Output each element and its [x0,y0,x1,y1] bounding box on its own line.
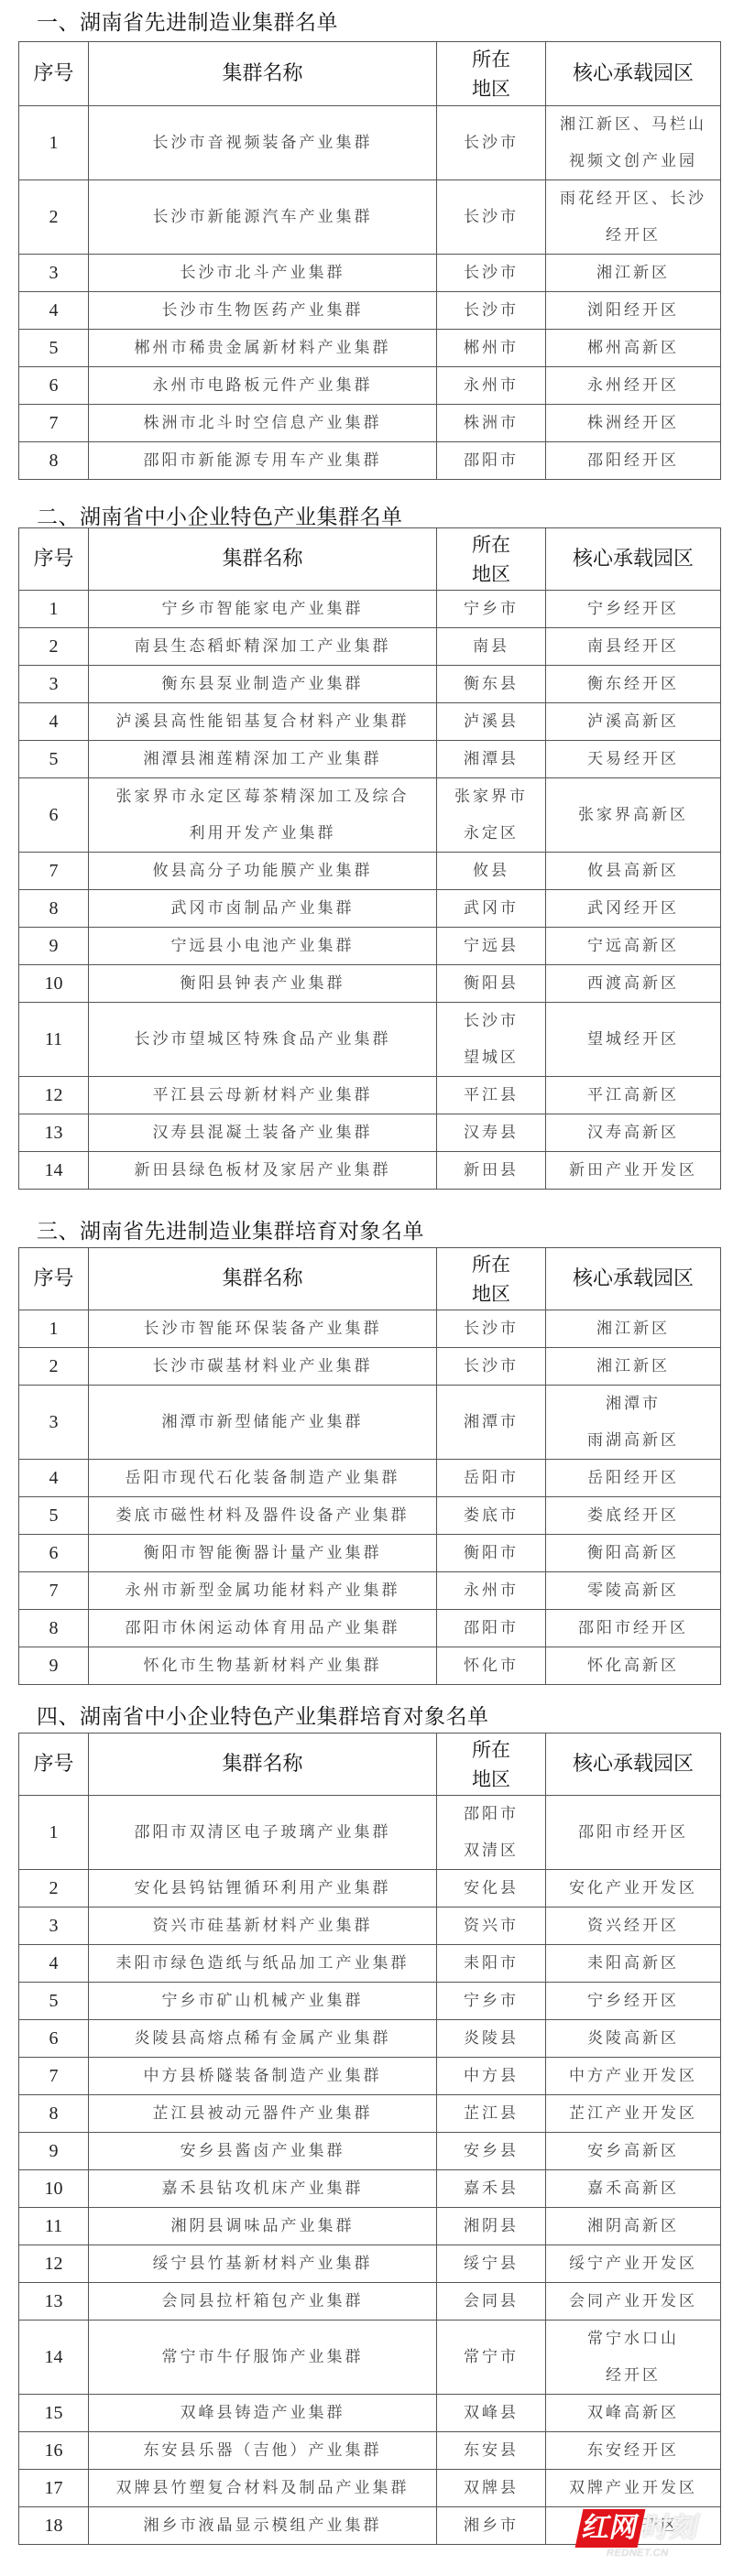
table-row: 7中方县桥隧装备制造产业集群中方县中方产业开发区 [19,2058,721,2095]
cell-num: 16 [19,2432,89,2470]
cell-park: 会同产业开发区 [546,2283,721,2321]
cell-cluster-name-line: 炎陵县高熔点稀有金属产业集群 [135,2029,391,2048]
cell-cluster-name-line: 汉寿县混凝土装备产业集群 [153,1124,373,1142]
table-row: 14常宁市牛仔服饰产业集群常宁市常宁水口山经开区 [19,2321,721,2395]
cell-region: 绥宁县 [437,2245,546,2283]
header-park: 核心承载园区 [546,1734,721,1796]
header-name-label: 集群名称 [222,62,302,85]
cell-region-line: 安乡县 [464,2142,519,2160]
cell-cluster-name: 汉寿县混凝土装备产业集群 [89,1114,437,1152]
cell-region: 湘潭县 [437,741,546,778]
cell-region-line: 常宁市 [464,2348,519,2366]
cell-cluster-name-line: 双牌县竹塑复合材料及制品产业集群 [116,2479,410,2497]
header-region: 所在地区 [437,528,546,591]
cell-park: 邵阳市经开区 [546,1796,721,1870]
cell-park-line: 宁乡经开区 [587,1992,679,2010]
cell-cluster-name: 嘉禾县钻攻机床产业集群 [89,2170,437,2208]
cell-park-line: 零陵高新区 [587,1581,679,1600]
cell-park: 岳阳经开区 [546,1460,721,1497]
cell-park: 浏阳经开区 [546,292,721,330]
cell-park: 双牌产业开发区 [546,2470,721,2507]
header-name: 集群名称 [89,1248,437,1310]
table-row: 4长沙市生物医药产业集群长沙市浏阳经开区 [19,292,721,330]
cell-region: 嘉禾县 [437,2170,546,2208]
cell-num: 5 [19,1983,89,2020]
cell-cluster-name-line: 郴州市稀贵金属新材料产业集群 [135,339,391,357]
cell-park: 郴州高新区 [546,330,721,367]
cell-cluster-name: 耒阳市绿色造纸与纸品加工产业集群 [89,1945,437,1983]
cell-cluster-name-line: 安化县钨钴锂循环利用产业集群 [135,1879,391,1897]
cell-region: 怀化市 [437,1647,546,1685]
cell-region-line: 双牌县 [464,2479,519,2497]
cell-cluster-name-line: 武冈市卤制品产业集群 [171,899,355,918]
table-row: 6衡阳市智能衡器计量产业集群衡阳市衡阳高新区 [19,1535,721,1572]
header-region-label: 地区 [472,78,510,100]
cell-cluster-name-line: 会同县拉杆箱包产业集群 [162,2292,364,2310]
cell-cluster-name-line: 邵阳市新能源专用车产业集群 [144,451,382,470]
cell-park: 双峰高新区 [546,2395,721,2432]
cell-num: 6 [19,1535,89,1572]
cell-num: 10 [19,2170,89,2208]
cell-park-line: 郴州高新区 [587,339,679,357]
cell-park-line: 雨花经开区、长沙 [560,190,706,208]
cell-region: 宁乡市 [437,591,546,628]
cell-park-line: 安乡高新区 [587,2142,679,2160]
cell-region-line: 岳阳市 [464,1469,519,1487]
cell-cluster-name-line: 东安县乐器（吉他）产业集群 [144,2441,382,2460]
cell-cluster-name-line: 衡阳县钟表产业集群 [181,974,345,993]
cell-cluster-name-line: 长沙市生物医药产业集群 [162,301,364,320]
cell-num: 1 [19,1310,89,1348]
cell-num: 6 [19,778,89,853]
cell-park-line: 经开区 [606,226,661,245]
table-row: 3湘潭市新型储能产业集群湘潭市湘潭市雨湖高新区 [19,1386,721,1460]
cell-num: 17 [19,2470,89,2507]
cell-park-line: 资兴经开区 [587,1917,679,1935]
cell-region: 资兴市 [437,1908,546,1945]
cell-region: 邵阳市 [437,1610,546,1647]
table-row: 2长沙市新能源汽车产业集群长沙市雨花经开区、长沙经开区 [19,180,721,255]
cell-park-line: 中方产业开发区 [569,2067,697,2085]
cell-region-line: 新田县 [464,1161,519,1179]
cell-cluster-name: 湘潭市新型储能产业集群 [89,1386,437,1460]
cell-num: 2 [19,628,89,666]
cluster-table: 序号集群名称所在地区核心承载园区1邵阳市双清区电子玻璃产业集群邵阳市双清区邵阳市… [18,1733,721,2545]
cell-park-line: 湘潭市 [606,1395,661,1413]
cell-region-line: 芷江县 [464,2104,519,2123]
table-row: 3长沙市北斗产业集群长沙市湘江新区 [19,255,721,292]
cell-park: 邵阳市经开区 [546,1610,721,1647]
cell-park-line: 邵阳市经开区 [578,1823,688,1842]
cell-park: 怀化高新区 [546,1647,721,1685]
cell-num: 1 [19,1796,89,1870]
header-name-label: 集群名称 [222,1753,302,1776]
table-row: 9安乡县酱卤产业集群安乡县安乡高新区 [19,2133,721,2170]
cell-region-line: 衡阳县 [464,974,519,993]
cell-park-line: 武冈经开区 [587,899,679,918]
cell-cluster-name: 绥宁县竹基新材料产业集群 [89,2245,437,2283]
cell-cluster-name-line: 长沙市北斗产业集群 [181,264,345,282]
cell-park-line: 汉寿高新区 [587,1124,679,1142]
cell-num: 2 [19,180,89,255]
cell-num: 5 [19,330,89,367]
cell-region: 湘阴县 [437,2208,546,2245]
cell-num: 3 [19,666,89,703]
cell-region: 南县 [437,628,546,666]
cell-park: 娄底经开区 [546,1497,721,1535]
cell-park: 衡阳高新区 [546,1535,721,1572]
cell-num: 12 [19,1077,89,1114]
cell-num: 5 [19,741,89,778]
cell-cluster-name-line: 邵阳市休闲运动体育用品产业集群 [126,1619,400,1637]
cell-region-line: 中方县 [464,2067,519,2085]
header-num: 序号 [19,1734,89,1796]
cell-num: 9 [19,2133,89,2170]
cell-cluster-name-line: 湘潭市新型储能产业集群 [162,1413,364,1431]
cell-park: 望城经开区 [546,1003,721,1077]
table-row: 3衡东县泵业制造产业集群衡东县衡东经开区 [19,666,721,703]
table-row: 1宁乡市智能家电产业集群宁乡市宁乡经开区 [19,591,721,628]
cell-region-line: 会同县 [464,2292,519,2310]
cell-park: 张家界高新区 [546,778,721,853]
cell-cluster-name: 怀化市生物基新材料产业集群 [89,1647,437,1685]
cell-cluster-name: 炎陵县高熔点稀有金属产业集群 [89,2020,437,2058]
cell-park-line: 炎陵高新区 [587,2029,679,2048]
cell-park-line: 会同产业开发区 [569,2292,697,2310]
cell-region-line: 炎陵县 [464,2029,519,2048]
table-row: 5宁乡市矿山机械产业集群宁乡市宁乡经开区 [19,1983,721,2020]
table-row: 2安化县钨钴锂循环利用产业集群安化县安化产业开发区 [19,1870,721,1908]
table-row: 13会同县拉杆箱包产业集群会同县会同产业开发区 [19,2283,721,2321]
cell-num: 2 [19,1870,89,1908]
cell-park: 宁乡经开区 [546,1983,721,2020]
cell-park: 湘江新区、马栏山视频文创产业园 [546,106,721,180]
cell-park: 衡东经开区 [546,666,721,703]
cell-cluster-name-line: 湘潭县湘莲精深加工产业集群 [144,750,382,768]
section-title: 一、湖南省先进制造业集群名单 [37,5,338,36]
cell-num: 15 [19,2395,89,2432]
table-row: 13汉寿县混凝土装备产业集群汉寿县汉寿高新区 [19,1114,721,1152]
cell-region: 娄底市 [437,1497,546,1535]
cell-cluster-name: 邵阳市双清区电子玻璃产业集群 [89,1796,437,1870]
cell-cluster-name: 中方县桥隧装备制造产业集群 [89,2058,437,2095]
cell-num: 18 [19,2507,89,2545]
cell-park-line: 嘉禾高新区 [587,2179,679,2198]
cell-cluster-name: 攸县高分子功能膜产业集群 [89,853,437,890]
cell-cluster-name: 湘乡市液晶显示模组产业集群 [89,2507,437,2545]
header-region-label: 所在 [472,49,510,71]
header-name-label: 集群名称 [222,1267,302,1290]
cell-region: 新田县 [437,1152,546,1190]
cell-region: 长沙市 [437,106,546,180]
cell-park: 零陵高新区 [546,1572,721,1610]
cell-region: 株洲市 [437,405,546,442]
cell-park: 新田产业开发区 [546,1152,721,1190]
cell-num: 3 [19,255,89,292]
section-title: 三、湖南省先进制造业集群培育对象名单 [37,1214,424,1245]
table-row: 4耒阳市绿色造纸与纸品加工产业集群耒阳市耒阳高新区 [19,1945,721,1983]
cell-region: 芷江县 [437,2095,546,2133]
cell-cluster-name: 湘潭县湘莲精深加工产业集群 [89,741,437,778]
table-header-row: 序号集群名称所在地区核心承载园区 [19,1248,721,1310]
cell-cluster-name: 芷江县被动元器件产业集群 [89,2095,437,2133]
header-park-label: 核心承载园区 [573,1267,694,1290]
cell-park-line: 衡东经开区 [587,675,679,693]
cell-region: 常宁市 [437,2321,546,2395]
cell-region-line: 双清区 [464,1842,519,1860]
cell-cluster-name: 长沙市生物医药产业集群 [89,292,437,330]
cell-cluster-name: 宁乡市智能家电产业集群 [89,591,437,628]
cell-park: 平江高新区 [546,1077,721,1114]
cell-region-line: 长沙市 [464,264,519,282]
cell-region-line: 湘乡市 [464,2516,519,2535]
table-row: 5郴州市稀贵金属新材料产业集群郴州市郴州高新区 [19,330,721,367]
table-row: 1邵阳市双清区电子玻璃产业集群邵阳市双清区邵阳市经开区 [19,1796,721,1870]
cell-park-line: 邵阳市经开区 [578,1619,688,1637]
cell-num: 6 [19,2020,89,2058]
cell-region: 衡阳县 [437,965,546,1003]
header-park: 核心承载园区 [546,1248,721,1310]
cell-region: 长沙市 [437,1348,546,1386]
cell-park-line: 平江高新区 [587,1086,679,1104]
cell-num: 1 [19,106,89,180]
header-park: 核心承载园区 [546,528,721,591]
cell-region-line: 武冈市 [464,899,519,918]
cell-num: 4 [19,1945,89,1983]
table-row: 9怀化市生物基新材料产业集群怀化市怀化高新区 [19,1647,721,1685]
cell-num: 8 [19,1610,89,1647]
cell-region: 湘乡市 [437,2507,546,2545]
cell-park-line: 望城经开区 [587,1030,679,1049]
cell-cluster-name: 衡阳县钟表产业集群 [89,965,437,1003]
cell-park-line: 南县经开区 [587,637,679,656]
cell-cluster-name: 平江县云母新材料产业集群 [89,1077,437,1114]
cell-cluster-name-line: 攸县高分子功能膜产业集群 [153,862,373,880]
header-park-label: 核心承载园区 [573,1753,694,1776]
cell-park-line: 视频文创产业园 [569,152,697,170]
cell-cluster-name: 东安县乐器（吉他）产业集群 [89,2432,437,2470]
cell-cluster-name: 安乡县酱卤产业集群 [89,2133,437,2170]
cell-park-line: 宁远高新区 [587,937,679,955]
cell-park: 武冈经开区 [546,890,721,928]
cell-park-line: 雨湖高新区 [587,1431,679,1450]
cell-region: 平江县 [437,1077,546,1114]
cell-cluster-name-line: 娄底市磁性材料及器件设备产业集群 [116,1506,410,1525]
table-header-row: 序号集群名称所在地区核心承载园区 [19,42,721,106]
cell-region: 岳阳市 [437,1460,546,1497]
cell-cluster-name-line: 资兴市硅基新材料产业集群 [153,1917,373,1935]
cell-park: 嘉禾高新区 [546,2170,721,2208]
cell-park: 雨花经开区、长沙经开区 [546,180,721,255]
table-row: 1长沙市智能环保装备产业集群长沙市湘江新区 [19,1310,721,1348]
header-name: 集群名称 [89,1734,437,1796]
cluster-table: 序号集群名称所在地区核心承载园区1宁乡市智能家电产业集群宁乡市宁乡经开区2南县生… [18,527,721,1190]
cell-cluster-name: 会同县拉杆箱包产业集群 [89,2283,437,2321]
cell-park-line: 攸县高新区 [587,862,679,880]
cell-park-line: 绥宁产业开发区 [569,2255,697,2273]
cluster-table: 序号集群名称所在地区核心承载园区1长沙市智能环保装备产业集群长沙市湘江新区2长沙… [18,1247,721,1685]
table-row: 2长沙市碳基材料业产业集群长沙市湘江新区 [19,1348,721,1386]
cell-region: 攸县 [437,853,546,890]
cell-cluster-name-line: 怀化市生物基新材料产业集群 [144,1657,382,1675]
header-region-label: 所在 [472,1254,510,1276]
cell-cluster-name: 泸溪县高性能铝基复合材料产业集群 [89,703,437,741]
watermark-logo-red: 红网 [575,2509,646,2548]
cell-region-line: 衡阳市 [464,1544,519,1562]
table-row: 11湘阴县调味品产业集群湘阴县湘阴高新区 [19,2208,721,2245]
cell-num: 11 [19,1003,89,1077]
cell-cluster-name: 长沙市新能源汽车产业集群 [89,180,437,255]
cell-cluster-name-line: 湘阴县调味品产业集群 [171,2217,355,2235]
table-row: 9宁远县小电池产业集群宁远县宁远高新区 [19,928,721,965]
header-num-label: 序号 [33,1267,73,1290]
cell-region-line: 宁乡市 [464,600,519,618]
cell-region: 郴州市 [437,330,546,367]
cell-park: 安乡高新区 [546,2133,721,2170]
cell-park: 天易经开区 [546,741,721,778]
cell-num: 3 [19,1908,89,1945]
cell-region: 邵阳市 [437,442,546,480]
cell-num: 7 [19,853,89,890]
cell-region: 武冈市 [437,890,546,928]
cell-region-line: 安化县 [464,1879,519,1897]
cell-region-line: 资兴市 [464,1917,519,1935]
cell-region-line: 衡东县 [464,675,519,693]
header-num-label: 序号 [33,548,73,571]
header-park-label: 核心承载园区 [573,548,694,571]
cell-region: 长沙市 [437,180,546,255]
table-row: 8芷江县被动元器件产业集群芷江县芷江产业开发区 [19,2095,721,2133]
cell-cluster-name-line: 长沙市智能环保装备产业集群 [144,1320,382,1338]
cell-cluster-name-line: 中方县桥隧装备制造产业集群 [144,2067,382,2085]
table-row: 6张家界市永定区莓茶精深加工及综合利用开发产业集群张家界市永定区张家界高新区 [19,778,721,853]
table-header-row: 序号集群名称所在地区核心承载园区 [19,528,721,591]
table-row: 8武冈市卤制品产业集群武冈市武冈经开区 [19,890,721,928]
cell-cluster-name: 长沙市北斗产业集群 [89,255,437,292]
cell-num: 3 [19,1386,89,1460]
cell-park-line: 岳阳经开区 [587,1469,679,1487]
cell-cluster-name-line: 邵阳市双清区电子玻璃产业集群 [135,1823,391,1842]
cell-cluster-name: 双峰县铸造产业集群 [89,2395,437,2432]
cell-region-line: 长沙市 [464,301,519,320]
cell-cluster-name: 邵阳市新能源专用车产业集群 [89,442,437,480]
header-region: 所在地区 [437,1248,546,1310]
cell-region-line: 怀化市 [464,1657,519,1675]
cell-region: 汉寿县 [437,1114,546,1152]
cell-num: 9 [19,928,89,965]
table-row: 17双牌县竹塑复合材料及制品产业集群双牌县双牌产业开发区 [19,2470,721,2507]
cell-park-line: 常宁水口山 [587,2330,679,2348]
cell-region-line: 长沙市 [464,134,519,152]
cell-cluster-name: 长沙市碳基材料业产业集群 [89,1348,437,1386]
cell-cluster-name-line: 衡阳市智能衡器计量产业集群 [144,1544,382,1562]
cell-park: 永州经开区 [546,367,721,405]
header-num-label: 序号 [33,1753,73,1776]
cell-region: 永州市 [437,1572,546,1610]
rednet-watermark: 红网 时刻 REDNET.CN [579,2509,733,2564]
cell-cluster-name-line: 平江县云母新材料产业集群 [153,1086,373,1104]
table-row: 7株洲市北斗时空信息产业集群株洲市株洲经开区 [19,405,721,442]
cell-park: 耒阳高新区 [546,1945,721,1983]
cell-num: 12 [19,2245,89,2283]
cell-cluster-name: 长沙市智能环保装备产业集群 [89,1310,437,1348]
cell-region-line: 永定区 [464,824,519,842]
cell-region: 安乡县 [437,2133,546,2170]
table-row: 16东安县乐器（吉他）产业集群东安县东安经开区 [19,2432,721,2470]
cell-region-line: 湘潭市 [464,1413,519,1431]
cell-park: 湘潭市雨湖高新区 [546,1386,721,1460]
header-region: 所在地区 [437,42,546,106]
cell-num: 7 [19,1572,89,1610]
cell-region-line: 娄底市 [464,1506,519,1525]
cell-num: 1 [19,591,89,628]
cell-region-line: 邵阳市 [464,1619,519,1637]
cell-cluster-name-line: 株洲市北斗时空信息产业集群 [144,414,382,432]
cell-park-line: 邵阳经开区 [587,451,679,470]
cell-cluster-name-line: 永州市电路板元件产业集群 [153,376,373,395]
cell-num: 10 [19,965,89,1003]
cell-region-line: 宁乡市 [464,1992,519,2010]
cell-cluster-name: 永州市新型金属功能材料产业集群 [89,1572,437,1610]
cell-region: 安化县 [437,1870,546,1908]
header-region: 所在地区 [437,1734,546,1796]
cell-cluster-name-line: 长沙市新能源汽车产业集群 [153,208,373,226]
cell-cluster-name: 常宁市牛仔服饰产业集群 [89,2321,437,2395]
cell-park: 宁远高新区 [546,928,721,965]
cell-region: 东安县 [437,2432,546,2470]
cell-region-line: 绥宁县 [464,2255,519,2273]
cell-num: 14 [19,2321,89,2395]
cell-region-line: 郴州市 [464,339,519,357]
cell-park: 湘江新区 [546,1310,721,1348]
cell-num: 13 [19,1114,89,1152]
header-region-label: 地区 [472,563,510,585]
cell-cluster-name: 衡阳市智能衡器计量产业集群 [89,1535,437,1572]
cell-park-line: 西渡高新区 [587,974,679,993]
cell-region-line: 东安县 [464,2441,519,2460]
table-row: 6永州市电路板元件产业集群永州市永州经开区 [19,367,721,405]
table-row: 3资兴市硅基新材料产业集群资兴市资兴经开区 [19,1908,721,1945]
cell-park-line: 安化产业开发区 [569,1879,697,1897]
cell-cluster-name-line: 耒阳市绿色造纸与纸品加工产业集群 [116,1954,410,1973]
cell-park-line: 怀化高新区 [587,1657,679,1675]
table-row: 2南县生态稻虾精深加工产业集群南县南县经开区 [19,628,721,666]
cell-region-line: 宁远县 [464,937,519,955]
table-row: 4泸溪县高性能铝基复合材料产业集群泸溪县泸溪高新区 [19,703,721,741]
cell-region: 宁乡市 [437,1983,546,2020]
section-title: 二、湖南省中小企业特色产业集群名单 [37,500,403,530]
cell-region: 湘潭市 [437,1386,546,1460]
cell-region: 中方县 [437,2058,546,2095]
cell-region-line: 嘉禾县 [464,2179,519,2198]
cell-park: 邵阳经开区 [546,442,721,480]
cell-region-line: 永州市 [464,376,519,395]
header-region-label: 地区 [472,1768,510,1790]
cell-region-line: 泸溪县 [464,712,519,731]
cell-region: 耒阳市 [437,1945,546,1983]
cell-park: 炎陵高新区 [546,2020,721,2058]
cell-region-line: 长沙市 [464,1357,519,1375]
table-row: 5娄底市磁性材料及器件设备产业集群娄底市娄底经开区 [19,1497,721,1535]
cell-cluster-name: 娄底市磁性材料及器件设备产业集群 [89,1497,437,1535]
cell-region: 长沙市望城区 [437,1003,546,1077]
table-row: 6炎陵县高熔点稀有金属产业集群炎陵县炎陵高新区 [19,2020,721,2058]
cell-park-line: 衡阳高新区 [587,1544,679,1562]
cell-cluster-name: 永州市电路板元件产业集群 [89,367,437,405]
cell-cluster-name-line: 新田县绿色板材及家居产业集群 [135,1161,391,1179]
cell-region-line: 长沙市 [464,1320,519,1338]
watermark-logo-text: 时刻 [640,2509,703,2548]
